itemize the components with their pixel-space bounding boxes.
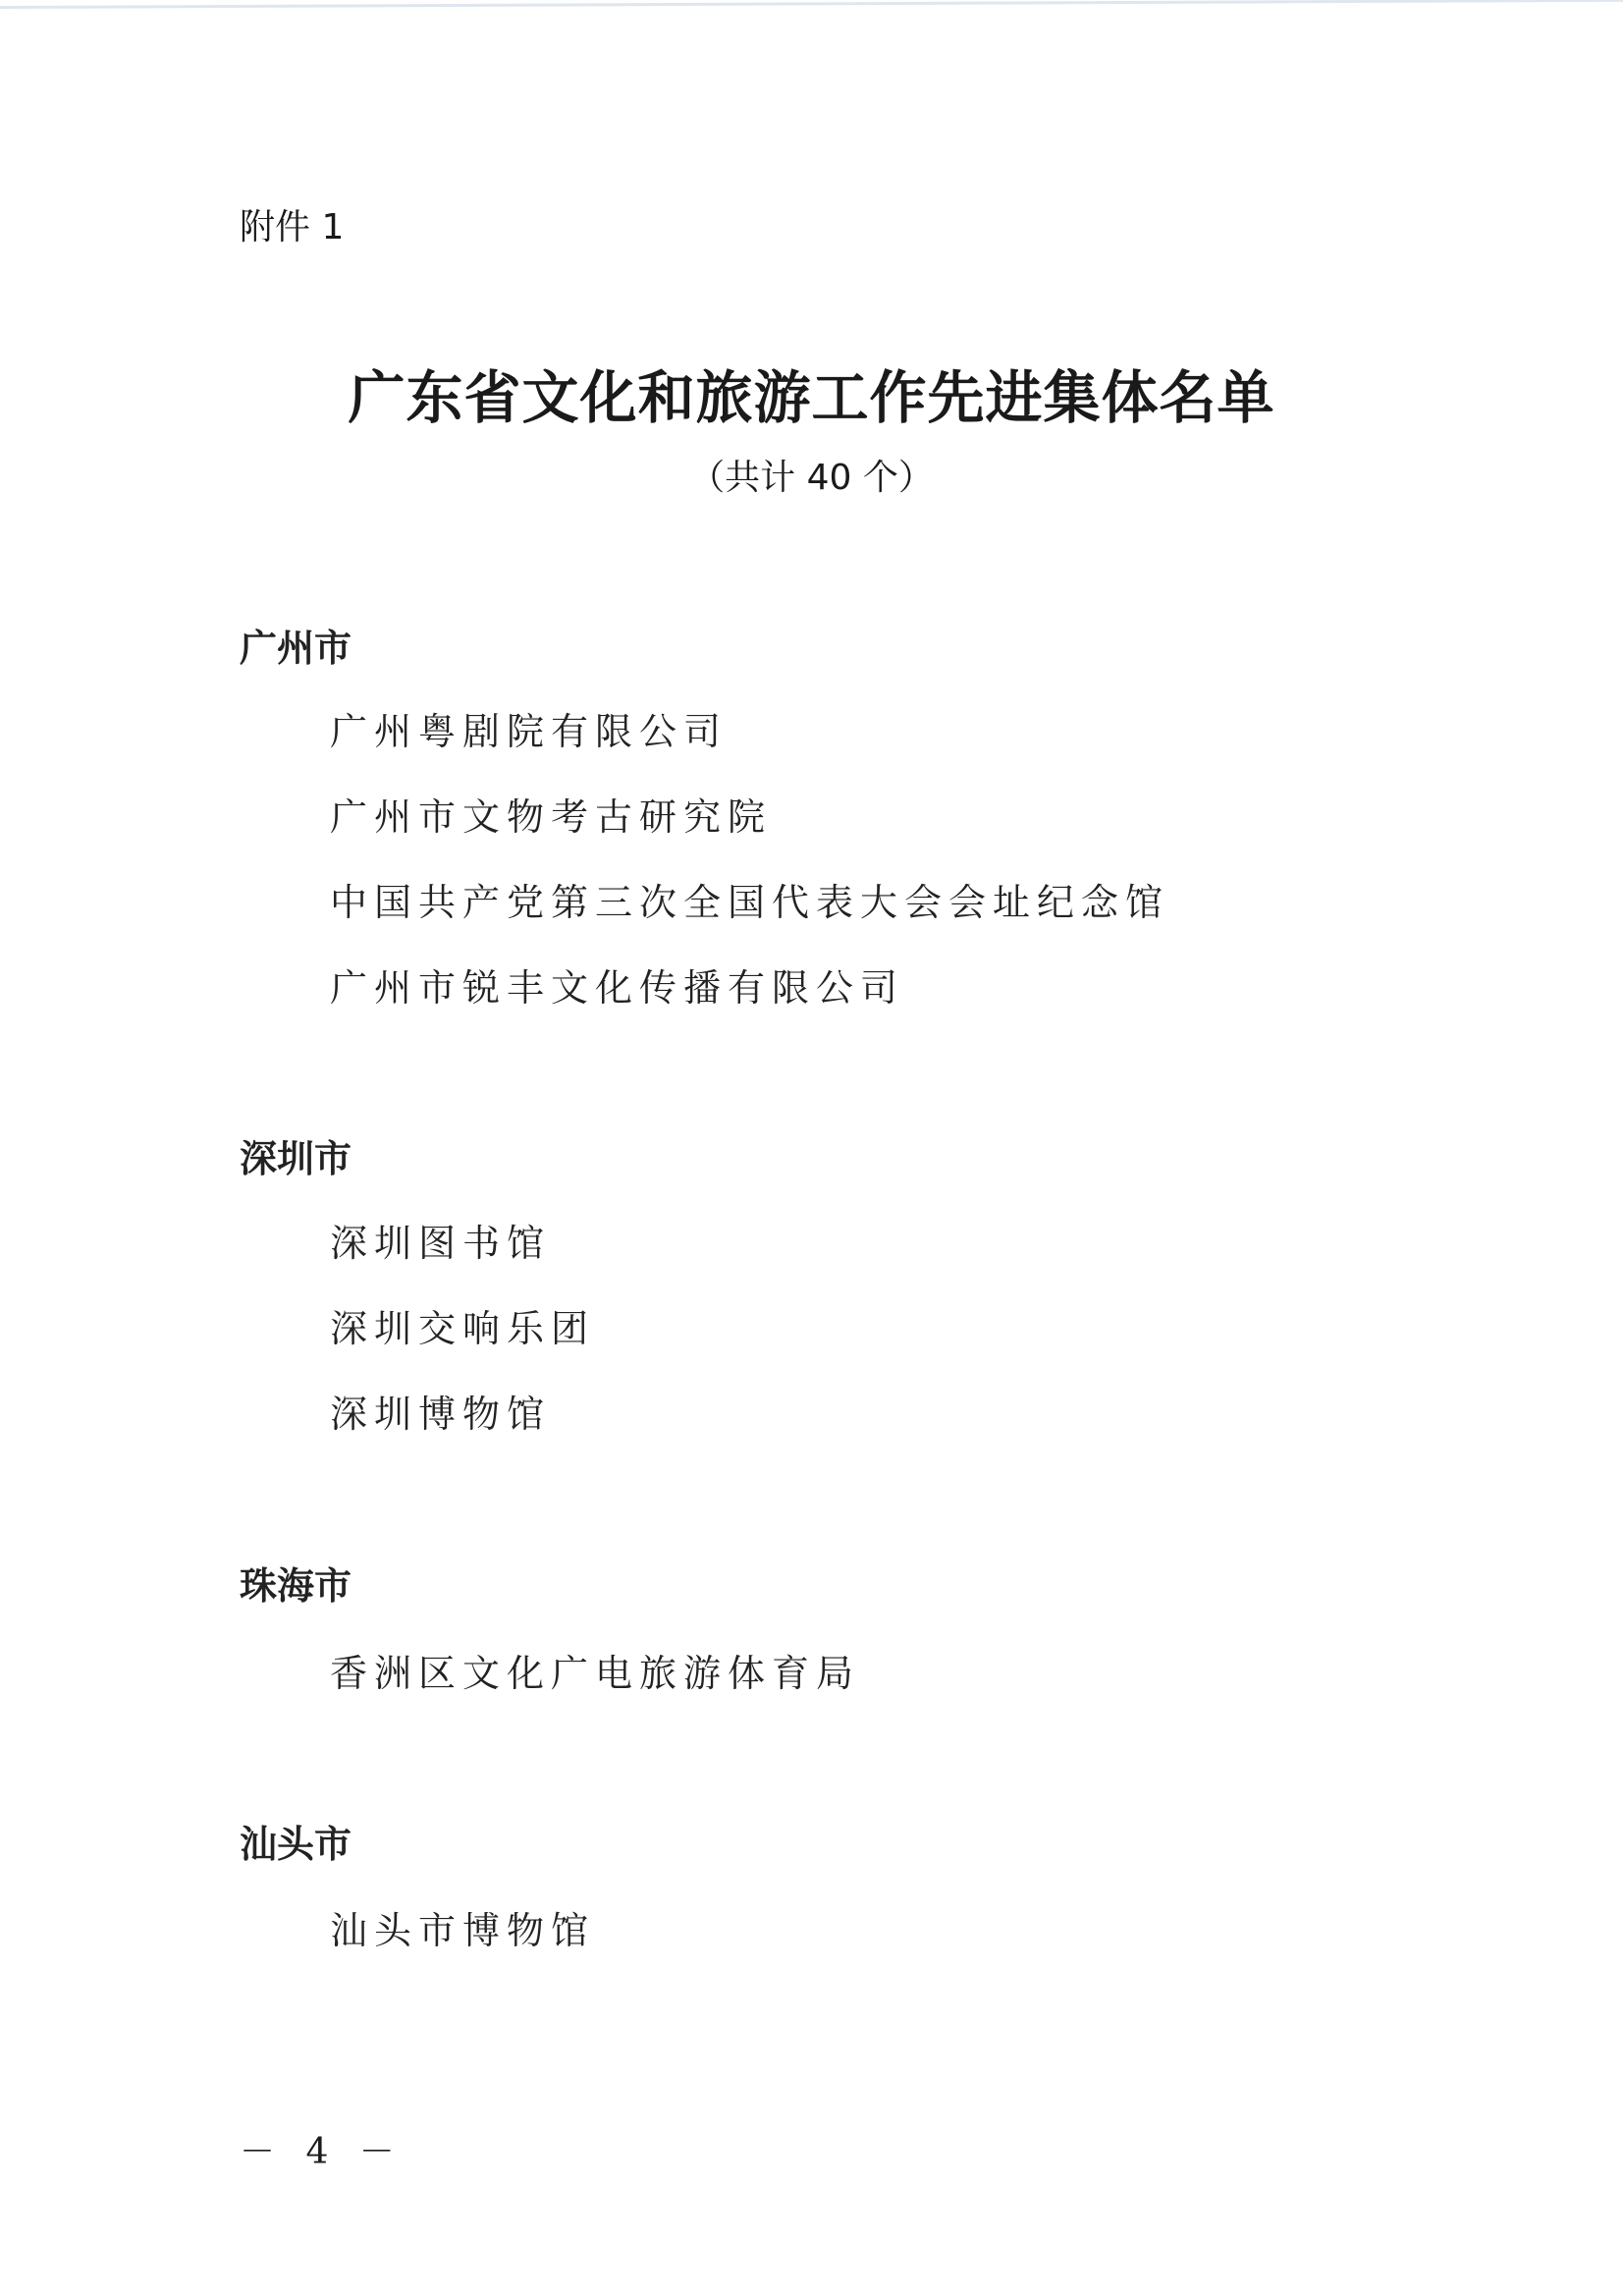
city-heading-shantou: 汕头市 xyxy=(240,1826,352,1863)
list-item: 香洲区文化广电旅游体育局 xyxy=(330,1655,860,1692)
city-heading-shenzhen: 深圳市 xyxy=(240,1140,352,1177)
document-subtitle: （共计 40 个） xyxy=(0,461,1623,496)
list-item: 广州粤剧院有限公司 xyxy=(330,713,728,750)
scan-edge-line xyxy=(0,0,1623,9)
list-item: 中国共产党第三次全国代表大会会址纪念馆 xyxy=(330,884,1169,921)
city-heading-zhuhai: 珠海市 xyxy=(240,1567,352,1605)
list-item: 深圳博物馆 xyxy=(330,1395,551,1433)
page-number: － 4 － xyxy=(240,2135,405,2170)
attachment-label: 附件 1 xyxy=(240,210,344,246)
list-item: 广州市锐丰文化传播有限公司 xyxy=(330,969,904,1007)
city-heading-guangzhou: 广州市 xyxy=(240,629,352,667)
list-item: 深圳交响乐团 xyxy=(330,1310,595,1347)
list-item: 深圳图书馆 xyxy=(330,1225,551,1262)
document-title: 广东省文化和旅游工作先进集体名单 xyxy=(0,369,1623,426)
list-item: 汕头市博物馆 xyxy=(330,1912,595,1949)
list-item: 广州市文物考古研究院 xyxy=(330,798,772,836)
